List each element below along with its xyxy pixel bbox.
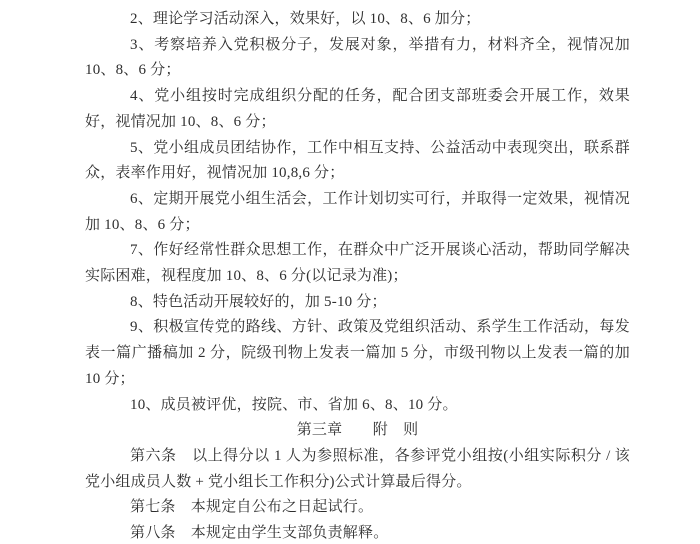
scoring-item-3: 3、考察培养入党积极分子，发展对象，举措有力，材料齐全，视情况加 10、8、6 … [85, 33, 630, 84]
scoring-item-4: 4、党小组按时完成组织分配的任务，配合团支部班委会开展工作，效果好，视情况加 1… [85, 84, 630, 135]
scoring-item-5: 5、党小组成员团结协作，工作中相互支持、公益活动中表现突出，联系群众，表率作用好… [85, 136, 630, 187]
scoring-item-6: 6、定期开展党小组生活会，工作计划切实可行，并取得一定效果，视情况加 10、8、… [85, 187, 630, 238]
scoring-item-8: 8、特色活动开展较好的，加 5-10 分； [85, 290, 630, 316]
clause-6: 第六条 以上得分以 1 人为参照标准，各参评党小组按(小组实际积分 / 该党小组… [85, 444, 630, 495]
scoring-item-9: 9、积极宣传党的路线、方针、政策及党组织活动、系学生工作活动，每发表一篇广播稿加… [85, 315, 630, 392]
document-page: 2、理论学习活动深入，效果好，以 10、8、6 加分； 3、考察培养入党积极分子… [0, 0, 700, 544]
scoring-item-2: 2、理论学习活动深入，效果好，以 10、8、6 加分； [85, 7, 630, 33]
clause-8: 第八条 本规定由学生支部负责解释。 [85, 521, 630, 544]
clause-7: 第七条 本规定自公布之日起试行。 [85, 495, 630, 521]
scoring-item-10: 10、成员被评优，按院、市、省加 6、8、10 分。 [85, 393, 630, 419]
scoring-item-7: 7、作好经常性群众思想工作，在群众中广泛开展谈心活动，帮助同学解决实际困难，视程… [85, 238, 630, 289]
chapter-heading: 第三章 附 则 [85, 418, 630, 444]
